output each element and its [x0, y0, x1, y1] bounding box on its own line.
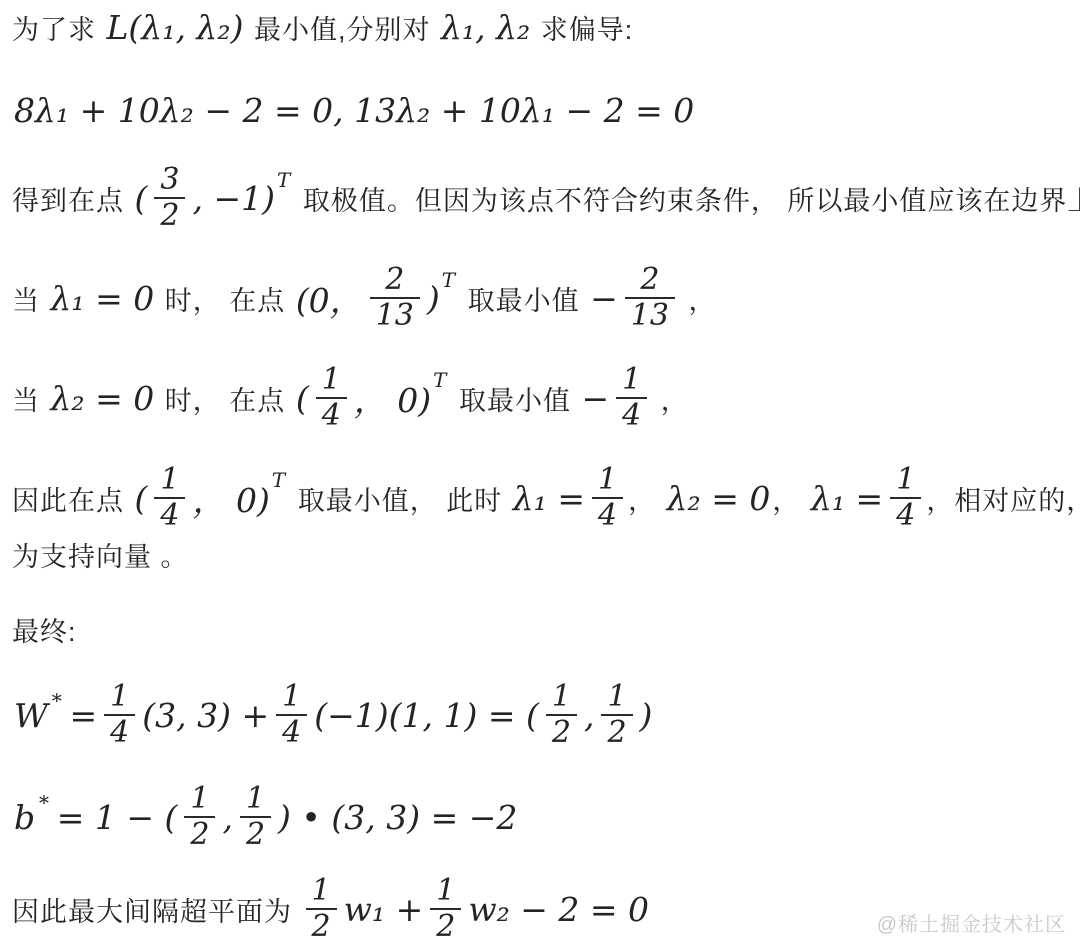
text-run: 时， 在点: [156, 379, 294, 418]
paragraph-conclusion-line1: 因此在点 ( 1 4 ， 0) T 取最小值， 此时 λ₁ = 1 4 ， λ₂…: [12, 462, 1080, 534]
math-term: = 1 − (: [57, 798, 178, 837]
fraction-denominator: 2: [184, 816, 215, 851]
text-run: 为了求: [12, 8, 105, 47]
math-lagrangian: L(λ₁, λ₂): [107, 8, 244, 47]
fraction-denominator: 2: [154, 197, 185, 232]
fraction-numerator: 1: [601, 681, 632, 714]
math-term: w₂ − 2 = 0: [468, 890, 649, 929]
fraction-denominator: 2: [601, 714, 632, 749]
paragraph-conclusion-line2: 为支持向量 。: [12, 534, 1080, 574]
math-vector-tail: , −1): [192, 179, 275, 218]
fraction: 1 2: [601, 681, 632, 750]
math-minus-sign: −: [590, 279, 618, 318]
text-run: ，: [772, 479, 809, 518]
math-term: (−1)(1, 1) = (: [314, 696, 539, 735]
text-run: 最终:: [12, 610, 77, 649]
fraction: 3 2: [154, 164, 185, 233]
math-term: w₁ +: [344, 890, 424, 929]
paragraph-case-lambda1-zero: 当 λ₁ = 0 时， 在点 (0， 2 13 ) T 取最小值 − 2 13 …: [12, 262, 1080, 334]
math-equation: 8λ₁ + 10λ₂ − 2 = 0, 13λ₂ + 10λ₁ − 2 = 0: [14, 91, 694, 130]
fraction-denominator: 4: [104, 714, 135, 749]
text-run: 因此最大间隔超平面为: [12, 890, 301, 929]
fraction-denominator: 4: [616, 397, 647, 432]
math-vector-tail: ， 0): [354, 375, 431, 422]
math-minus-sign: −: [582, 379, 610, 418]
fraction-numerator: 3: [154, 164, 185, 197]
fraction: 1 4: [616, 364, 647, 433]
math-b-symbol: b: [14, 798, 35, 837]
paragraph-case-lambda2-zero: 当 λ₂ = 0 时， 在点 ( 1 4 ， 0) T 取最小值 − 1 4 ，: [12, 362, 1080, 434]
fraction-denominator: 13: [370, 297, 420, 332]
math-term: ) • (3, 3) = −2: [278, 798, 517, 837]
text-run: ，: [628, 479, 665, 518]
math-lambdas: λ₁, λ₂: [441, 8, 530, 47]
fraction: 1 2: [546, 681, 577, 750]
text-run: ，相对应的， 点: [926, 479, 1080, 518]
math-close-paren: ): [640, 696, 653, 735]
text-run: 因此在点: [12, 479, 133, 518]
fraction-numerator: 1: [184, 783, 215, 816]
fraction-numerator: 1: [316, 364, 347, 397]
math-star-sup: ∗: [50, 687, 64, 707]
math-lambda2-eq-0: λ₂ = 0: [51, 379, 155, 418]
fraction-numerator: 1: [240, 783, 271, 816]
math-transpose-sup: T: [433, 370, 446, 390]
text-run: ，: [652, 379, 689, 418]
fraction: 1 2: [430, 875, 461, 943]
fraction: 1 2: [306, 875, 337, 943]
text-run: 求偏导:: [532, 8, 633, 47]
text-run: 取最小值: [451, 379, 580, 418]
fraction: 1 4: [592, 464, 623, 533]
text-run: ，: [680, 279, 717, 318]
paragraph-extremum-point: 得到在点 ( 3 2 , −1) T 取极值。但因为该点不符合约束条件， 所以最…: [12, 162, 1080, 234]
fraction: 1 4: [104, 681, 135, 750]
math-comma: ,: [584, 696, 595, 735]
fraction-numerator: 1: [104, 681, 135, 714]
paragraph-derivative-equations: 8λ₁ + 10λ₂ − 2 = 0, 13λ₂ + 10λ₁ − 2 = 0: [12, 91, 1080, 130]
math-close-paren: ): [427, 279, 440, 318]
fraction: 2 13: [370, 264, 420, 333]
fraction-denominator: 2: [306, 908, 337, 943]
math-lambda1-value-repeat: λ₁ =: [811, 479, 883, 518]
text-run: 取极值。但因为该点不符合约束条件， 所以最小值应该在边界上。: [294, 179, 1080, 218]
fraction: 1 4: [316, 364, 347, 433]
math-term: (3, 3) +: [142, 696, 269, 735]
fraction-numerator: 1: [154, 464, 185, 497]
fraction-denominator: 4: [276, 714, 307, 749]
fraction-denominator: 13: [625, 297, 675, 332]
fraction-denominator: 4: [890, 497, 921, 532]
math-open-paren: (: [296, 379, 309, 418]
text-run: 为支持向量 。: [12, 535, 189, 574]
fraction: 1 4: [890, 464, 921, 533]
text-run: 取最小值， 此时: [289, 479, 511, 518]
fraction: 2 13: [625, 264, 675, 333]
text-run: 当: [12, 279, 49, 318]
fraction-numerator: 2: [634, 264, 665, 297]
paragraph-b-star-equation: b ∗ = 1 − ( 1 2 , 1 2 ) • (3, 3) = −2: [12, 781, 1080, 853]
fraction: 1 2: [184, 783, 215, 852]
article-page: 为了求 L(λ₁, λ₂) 最小值,分别对 λ₁, λ₂ 求偏导: 8λ₁ + …: [0, 0, 1080, 943]
fraction-numerator: 1: [276, 681, 307, 714]
math-w-symbol: W: [14, 696, 48, 735]
fraction-numerator: 1: [430, 875, 461, 908]
math-lambda1-value: λ₁ =: [513, 479, 585, 518]
fraction-numerator: 1: [306, 875, 337, 908]
fraction-denominator: 4: [316, 397, 347, 432]
paragraph-partial-derivative-intro: 为了求 L(λ₁, λ₂) 最小值,分别对 λ₁, λ₂ 求偏导:: [12, 8, 1080, 47]
fraction: 1 4: [154, 464, 185, 533]
math-lambda1-eq-0: λ₁ = 0: [51, 279, 155, 318]
text-run: 当: [12, 379, 49, 418]
paragraph-finally: 最终:: [12, 610, 1080, 649]
fraction: 1 2: [240, 783, 271, 852]
fraction: 1 4: [276, 681, 307, 750]
math-star-sup: ∗: [37, 789, 51, 809]
fraction-numerator: 1: [546, 681, 577, 714]
math-transpose-sup: T: [272, 470, 285, 490]
math-transpose-sup: T: [277, 170, 290, 190]
text-run: 取最小值: [459, 279, 588, 318]
fraction-denominator: 2: [430, 908, 461, 943]
math-open-paren: (: [135, 179, 148, 218]
paragraph-w-star-equation: W ∗ = 1 4 (3, 3) + 1 4 (−1)(1, 1) = ( 1 …: [12, 679, 1080, 751]
watermark-juejin-community: @稀土掘金技术社区: [877, 908, 1066, 937]
text-run: 最小值,分别对: [245, 8, 439, 47]
fraction-denominator: 2: [240, 816, 271, 851]
fraction-denominator: 4: [154, 497, 185, 532]
fraction-numerator: 1: [890, 464, 921, 497]
math-open-paren: (0，: [296, 275, 363, 322]
math-vector-tail: ， 0): [192, 475, 269, 522]
fraction-denominator: 4: [592, 497, 623, 532]
fraction-numerator: 2: [379, 264, 410, 297]
text-run: 得到在点: [12, 179, 133, 218]
text-run: 时， 在点: [156, 279, 294, 318]
fraction-numerator: 1: [616, 364, 647, 397]
fraction-numerator: 1: [592, 464, 623, 497]
math-open-paren: (: [135, 479, 148, 518]
math-comma: ,: [222, 798, 233, 837]
math-equals: =: [70, 696, 98, 735]
fraction-denominator: 2: [546, 714, 577, 749]
math-transpose-sup: T: [442, 270, 455, 290]
math-lambda2-value: λ₂ = 0: [667, 479, 771, 518]
